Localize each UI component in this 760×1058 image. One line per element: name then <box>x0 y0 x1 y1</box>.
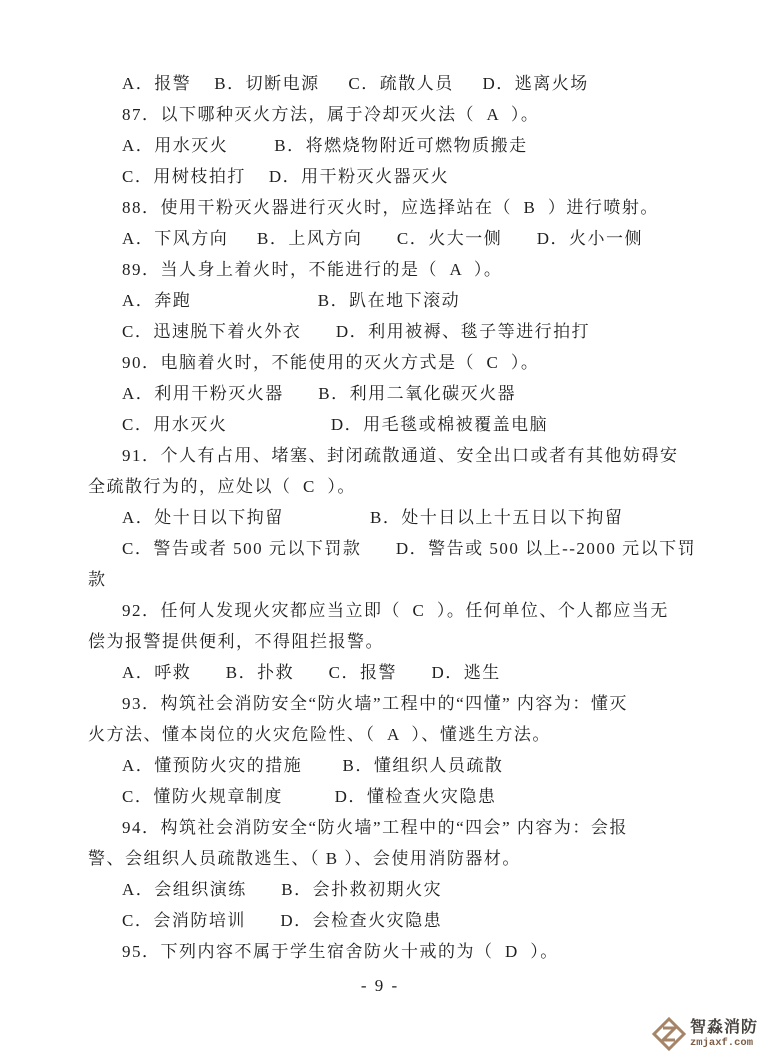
document-line: C．懂防火规章制度 D．懂检查火灾隐患 <box>88 781 674 812</box>
document-line: A．处十日以下拘留 B．处十日以上十五日以下拘留 <box>88 502 674 533</box>
document-page: A．报警 B．切断电源 C．疏散人员 D．逃离火场87．以下哪种灭火方法，属于冷… <box>0 0 760 1058</box>
document-line: 92．任何人发现火灾都应当立即（ C ）。任何单位、个人都应当无 <box>88 595 674 626</box>
document-line: 全疏散行为的，应处以（ C ）。 <box>88 471 674 502</box>
document-line: 89．当人身上着火时，不能进行的是（ A ）。 <box>88 254 674 285</box>
logo-text-block: 智淼消防 zmjaxf.com <box>690 1020 758 1049</box>
document-line: 偿为报警提供便利，不得阻拦报警。 <box>88 626 674 657</box>
document-line: C．会消防培训 D．会检查火灾隐患 <box>88 905 674 936</box>
document-line: C．用水灭火 D．用毛毯或棉被覆盖电脑 <box>88 409 674 440</box>
document-line: 90．电脑着火时，不能使用的灭火方式是（ C ）。 <box>88 347 674 378</box>
document-line: C．用树枝拍打 D．用干粉灭火器灭火 <box>88 161 674 192</box>
page-number: - 9 - <box>0 976 760 996</box>
document-line: 93．构筑社会消防安全“防火墙”工程中的“四懂” 内容为：懂灭 <box>88 688 674 719</box>
document-line: 94．构筑社会消防安全“防火墙”工程中的“四会” 内容为：会报 <box>88 812 674 843</box>
document-line: A．下风方向 B．上风方向 C．火大一侧 D．火小一侧 <box>88 223 674 254</box>
document-line: A．懂预防火灾的措施 B．懂组织人员疏散 <box>88 750 674 781</box>
document-line: C．迅速脱下着火外衣 D．利用被褥、毯子等进行拍打 <box>88 316 674 347</box>
document-line: A．报警 B．切断电源 C．疏散人员 D．逃离火场 <box>88 68 674 99</box>
document-line: C．警告或者 500 元以下罚款 D．警告或 500 以上--2000 元以下罚 <box>88 533 674 564</box>
document-line: 87．以下哪种灭火方法，属于冷却灭火法（ A ）。 <box>88 99 674 130</box>
document-line: A．奔跑 B．趴在地下滚动 <box>88 285 674 316</box>
logo-domain: zmjaxf.com <box>690 1038 758 1049</box>
document-line: 款 <box>88 564 674 595</box>
document-line: 88．使用干粉灭火器进行灭火时，应选择站在（ B ）进行喷射。 <box>88 192 674 223</box>
document-line: 95．下列内容不属于学生宿舍防火十戒的为（ D ）。 <box>88 936 674 967</box>
document-line: A．利用干粉灭火器 B．利用二氧化碳灭火器 <box>88 378 674 409</box>
zmjaxf-logo-icon <box>651 1016 687 1052</box>
document-body: A．报警 B．切断电源 C．疏散人员 D．逃离火场87．以下哪种灭火方法，属于冷… <box>88 68 674 967</box>
zmjaxf-logo: 智淼消防 zmjaxf.com <box>651 1016 758 1052</box>
document-line: 警、会组织人员疏散逃生、（ B ）、会使用消防器材。 <box>88 843 674 874</box>
document-line: A．会组织演练 B．会扑救初期火灾 <box>88 874 674 905</box>
document-line: 91．个人有占用、堵塞、封闭疏散通道、安全出口或者有其他妨碍安 <box>88 440 674 471</box>
document-line: A．呼救 B．扑救 C．报警 D．逃生 <box>88 657 674 688</box>
document-line: A．用水灭火 B．将燃烧物附近可燃物质搬走 <box>88 130 674 161</box>
document-line: 火方法、懂本岗位的火灾危险性、（ A ）、懂逃生方法。 <box>88 719 674 750</box>
logo-name: 智淼消防 <box>690 1020 758 1036</box>
